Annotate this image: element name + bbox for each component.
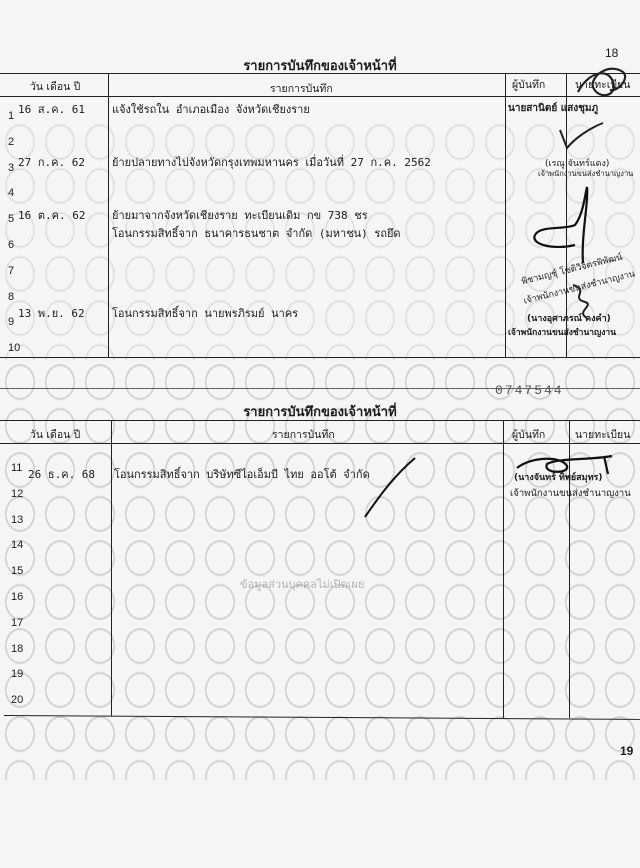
row-number: 10: [8, 342, 20, 354]
row-number: 8: [8, 291, 14, 303]
header-entry: รายการบันทึก: [272, 426, 335, 443]
table-top-border: [0, 73, 640, 74]
row-number: 12: [11, 488, 23, 500]
header-recorder: ผู้บันทึก: [512, 76, 545, 93]
header-entry: รายการบันทึก: [270, 80, 333, 97]
section-title: รายการบันทึกของเจ้าหน้าที่: [0, 401, 640, 422]
row-number: 16: [11, 591, 23, 603]
header-registrar: นายทะเบียน: [575, 426, 630, 443]
signature-name: (นางจันทร์ ทิพย์สมุทร): [514, 470, 602, 484]
entry-date: 26 ธ.ค. 68: [28, 465, 95, 483]
row-number: 2: [8, 136, 14, 148]
table-bottom-border: [0, 357, 640, 358]
page-number-bottom: 19: [620, 744, 633, 758]
row-number: 7: [8, 265, 14, 277]
signature-scribble: [555, 120, 605, 155]
header-bottom-border: [0, 443, 640, 444]
entry-date: 13 พ.ย. 62: [18, 304, 85, 322]
row-number: 18: [11, 643, 23, 655]
entry-text: โอนกรรมสิทธิ์จาก ธนาคารธนชาต จำกัด (มหาช…: [112, 224, 401, 242]
column-divider: [503, 420, 504, 718]
pen-stroke: [360, 455, 420, 520]
signature-scribble: [525, 185, 615, 265]
entry-date: 16 ส.ค. 61: [18, 100, 85, 118]
row-number: 20: [11, 694, 23, 706]
header-date: วัน เดือน ปี: [30, 78, 80, 95]
recorder-signature-name: นายสานิตย์ แสงชุมภู: [508, 101, 598, 116]
signature-title: เจ้าพนักงานขนส่งชำนาญงาน: [510, 486, 631, 501]
entry-text: โอนกรรมสิทธิ์จาก นายพรภิรมย์ นาคร: [112, 304, 298, 322]
row-number: 4: [8, 187, 14, 199]
entry-date: 16 ต.ค. 62: [18, 206, 85, 224]
header-recorder: ผู้บันทึก: [512, 426, 545, 443]
row-number: 11: [11, 462, 22, 474]
column-divider: [111, 420, 112, 716]
row-number: 19: [11, 668, 23, 680]
row-number: 14: [11, 539, 23, 551]
signature-title: เจ้าพนักงานขนส่งชำนาญงาน: [508, 325, 616, 339]
signature-name: (นางอุศาภรณ์ คงคำ): [527, 311, 611, 325]
row-number: 1: [8, 110, 14, 122]
document-page: 18 รายการบันทึกของเจ้าหน้าที่ วัน เดือน …: [0, 0, 640, 868]
entry-date: 27 ก.ค. 62: [18, 153, 85, 171]
column-divider: [108, 73, 109, 357]
column-divider: [505, 73, 506, 357]
header-date: วัน เดือน ปี: [30, 426, 80, 443]
signature-scribble: [568, 62, 640, 102]
watermark-text: ข้อมูลส่วนบุคคลไม่เปิดเผย: [240, 575, 364, 593]
serial-number: 0747544: [495, 383, 564, 398]
row-number: 6: [8, 239, 14, 251]
entry-text: ย้ายปลายทางไปจังหวัดกรุงเทพมหานคร เมื่อว…: [112, 153, 431, 171]
row-number: 15: [11, 565, 23, 577]
signature-title: เจ้าพนักงานขนส่งชำนาญงาน: [538, 168, 633, 180]
row-number: 5: [8, 213, 14, 225]
row-number: 13: [11, 514, 23, 526]
row-number: 9: [8, 316, 14, 328]
row-number: 17: [11, 617, 23, 629]
row-number: 3: [8, 162, 14, 174]
header-top-border: [0, 420, 640, 421]
entry-text: โอนกรรมสิทธิ์จาก บริษัทซีไอเอ็มบี ไทย ออ…: [114, 465, 370, 483]
entry-text: ย้ายมาจากจังหวัดเชียงราย ทะเบียนเดิม กข …: [112, 206, 368, 224]
entry-text: แจ้งใช้รถใน อำเภอเมือง จังหวัดเชียงราย: [112, 100, 310, 118]
